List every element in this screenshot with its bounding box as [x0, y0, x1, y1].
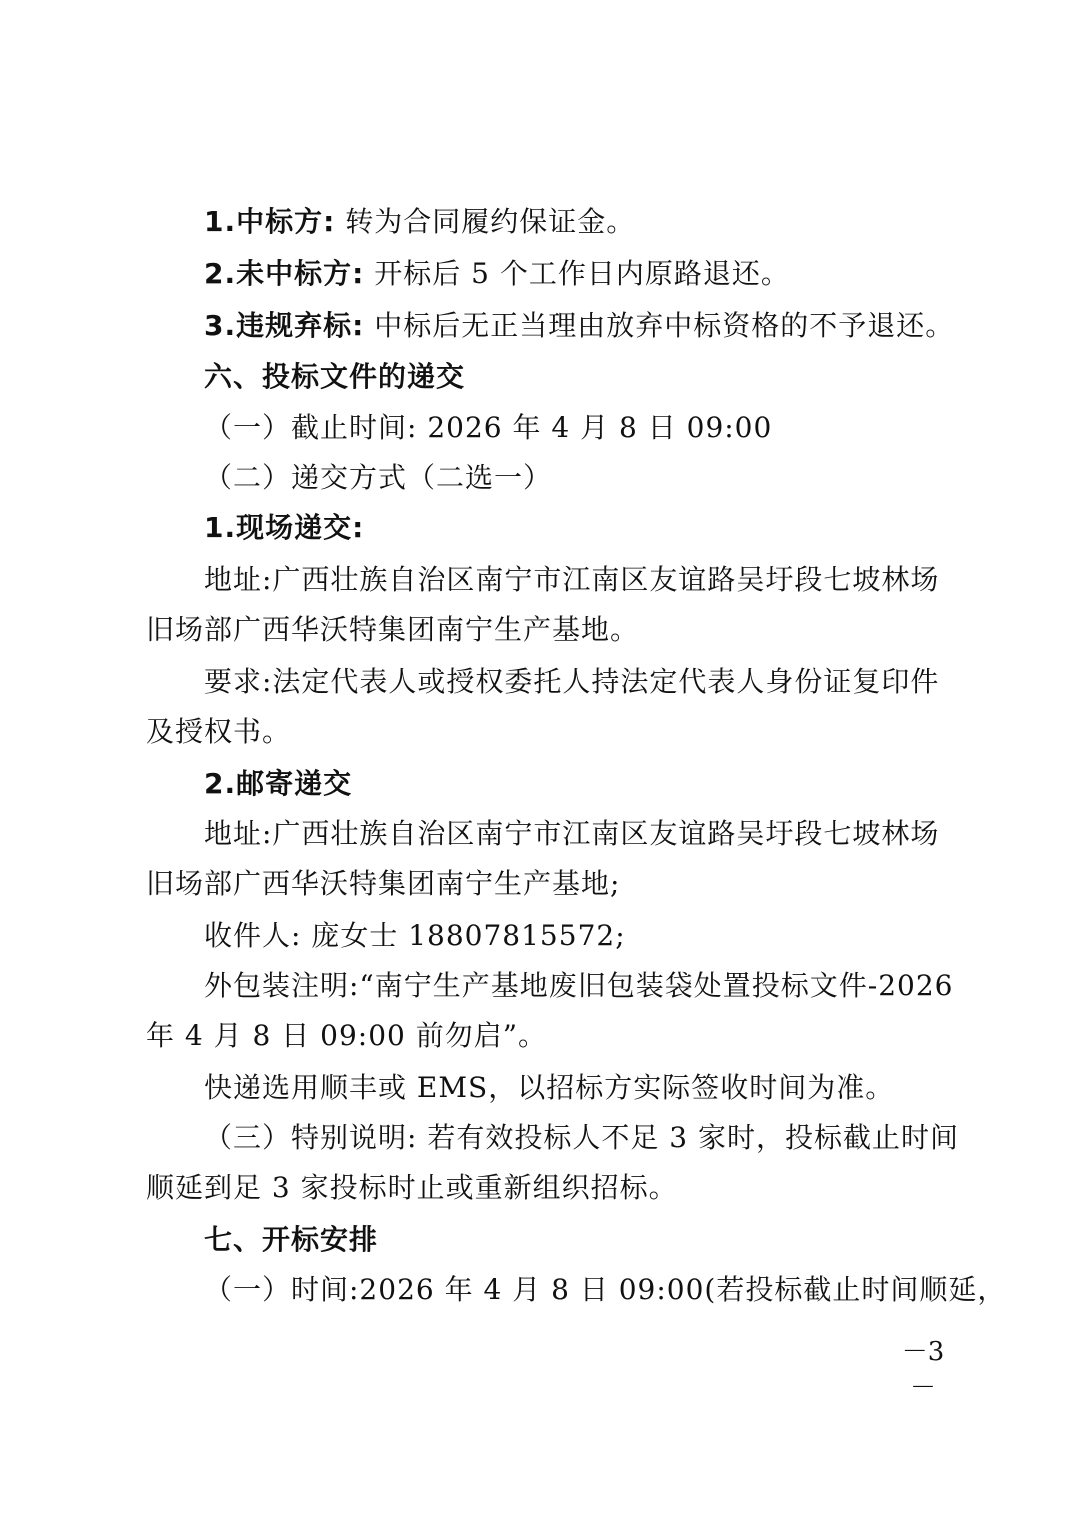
refund-item-label: 1.中标方: [204, 205, 335, 238]
mail-recipient: 收件人: 庞女士 18807815572; [204, 916, 946, 956]
mail-address-line-2: 旧场部广西华沃特集团南宁生产基地; [146, 864, 946, 904]
section-6-heading: 六、投标文件的递交 [204, 357, 946, 397]
section-7-heading: 七、开标安排 [204, 1220, 946, 1260]
submission-method: （二）递交方式（二选一） [204, 458, 1004, 498]
mail-title: 2.邮寄递交 [204, 764, 946, 804]
special-note-line-1: （三）特别说明: 若有效投标人不足 3 家时，投标截止时间 [204, 1118, 1004, 1158]
refund-item-text: 开标后 5 个工作日内原路退还。 [374, 257, 790, 290]
refund-item-text: 中标后无正当理由放弃中标资格的不予退还。 [374, 309, 954, 342]
mail-address-line-1: 地址:广西壮族自治区南宁市江南区友谊路吴圩段七坡林场 [204, 814, 946, 854]
onsite-address-line-1: 地址:广西壮族自治区南宁市江南区友谊路吴圩段七坡林场 [204, 560, 946, 600]
onsite-title: 1.现场递交: [204, 508, 946, 548]
special-note-line-2: 顺延到足 3 家投标时止或重新组织招标。 [146, 1168, 946, 1208]
document-page: 1.中标方: 转为合同履约保证金。 2.未中标方: 开标后 5 个工作日内原路退… [0, 0, 1080, 1527]
refund-item-non-winner: 2.未中标方: 开标后 5 个工作日内原路退还。 [204, 254, 946, 294]
mail-courier: 快递选用顺丰或 EMS，以招标方实际签收时间为准。 [204, 1068, 946, 1108]
refund-item-violation: 3.违规弃标: 中标后无正当理由放弃中标资格的不予退还。 [204, 306, 946, 346]
refund-item-label: 2.未中标方: [204, 257, 364, 290]
onsite-requirement-line-2: 及授权书。 [146, 712, 946, 752]
submission-deadline: （一）截止时间: 2026 年 4 月 8 日 09:00 [204, 408, 1004, 448]
page-number: －3－ [893, 1334, 953, 1370]
mail-package-note-line-1: 外包装注明:“南宁生产基地废旧包装袋处置投标文件-2026 [204, 966, 946, 1006]
refund-item-winner: 1.中标方: 转为合同履约保证金。 [204, 202, 946, 242]
onsite-address-line-2: 旧场部广西华沃特集团南宁生产基地。 [146, 610, 946, 650]
mail-package-note-line-2: 年 4 月 8 日 09:00 前勿启”。 [146, 1016, 946, 1056]
refund-item-text: 转为合同履约保证金。 [345, 205, 635, 238]
refund-item-label: 3.违规弃标: [204, 309, 364, 342]
onsite-requirement-line-1: 要求:法定代表人或授权委托人持法定代表人身份证复印件 [204, 662, 946, 702]
bid-opening-time: （一）时间:2026 年 4 月 8 日 09:00(若投标截止时间顺延， [204, 1270, 1004, 1310]
